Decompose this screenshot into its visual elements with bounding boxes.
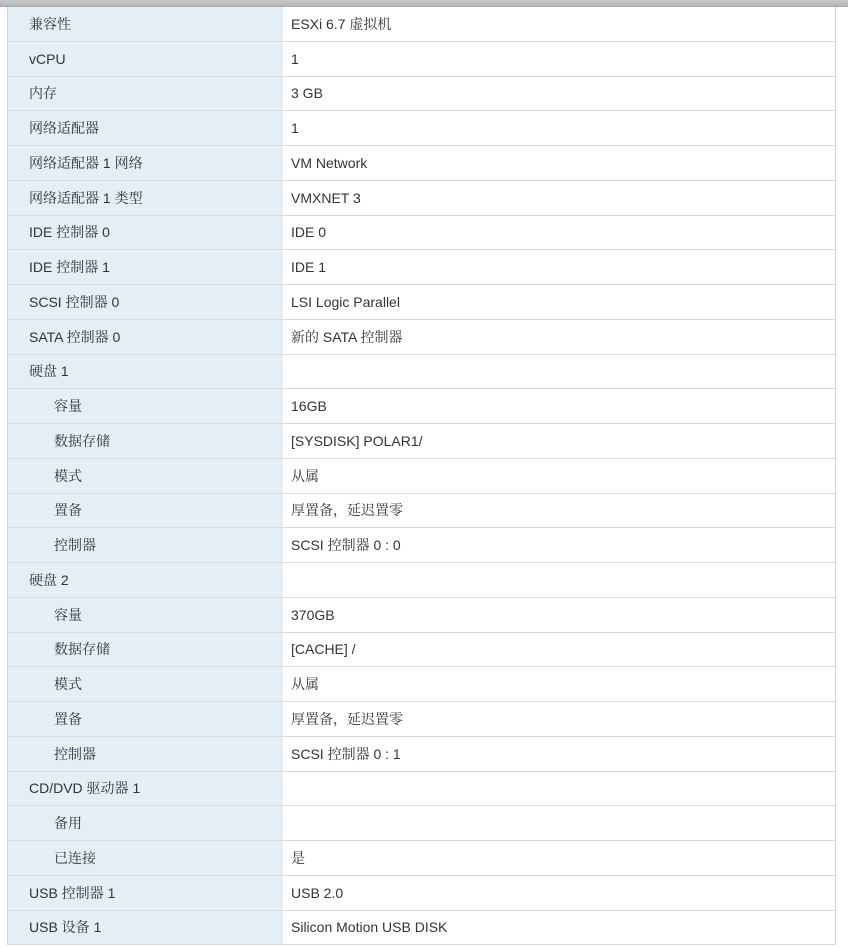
row-label: 硬盘 1	[8, 354, 283, 389]
summary-row: SCSI 控制器 0LSI Logic Parallel	[8, 285, 836, 320]
summary-row: 控制器SCSI 控制器 0 : 0	[8, 528, 836, 563]
row-value: IDE 0	[283, 215, 836, 250]
row-value: ESXi 6.7 虚拟机	[283, 7, 836, 41]
row-label: 网络适配器 1 网络	[8, 146, 283, 181]
row-label: 数据存储	[8, 632, 283, 667]
row-value: 厚置备，延迟置零	[283, 493, 836, 528]
row-label: 控制器	[8, 736, 283, 771]
row-label: 置备	[8, 702, 283, 737]
row-label: 已连接	[8, 841, 283, 876]
row-label: CD/DVD 驱动器 1	[8, 771, 283, 806]
summary-row: 硬盘 2	[8, 563, 836, 598]
row-value	[283, 771, 836, 806]
row-label: IDE 控制器 0	[8, 215, 283, 250]
summary-row: SATA 控制器 0新的 SATA 控制器	[8, 319, 836, 354]
row-value: [SYSDISK] POLAR1/	[283, 424, 836, 459]
row-value: Silicon Motion USB DISK	[283, 910, 836, 945]
row-label: SATA 控制器 0	[8, 319, 283, 354]
row-label: 备用	[8, 806, 283, 841]
row-label: USB 设备 1	[8, 910, 283, 945]
row-value: 1	[283, 41, 836, 76]
row-value: 从属	[283, 667, 836, 702]
summary-row: 数据存储[SYSDISK] POLAR1/	[8, 424, 836, 459]
summary-row: 模式从属	[8, 458, 836, 493]
row-value: [CACHE] /	[283, 632, 836, 667]
row-value: 3 GB	[283, 76, 836, 111]
summary-row: IDE 控制器 1IDE 1	[8, 250, 836, 285]
row-value: SCSI 控制器 0 : 0	[283, 528, 836, 563]
summary-row: CD/DVD 驱动器 1	[8, 771, 836, 806]
row-label: 控制器	[8, 528, 283, 563]
row-label: USB 控制器 1	[8, 875, 283, 910]
row-label: 模式	[8, 458, 283, 493]
row-label: SCSI 控制器 0	[8, 285, 283, 320]
summary-row: 容量16GB	[8, 389, 836, 424]
window-top-edge	[0, 0, 848, 7]
row-value: 厚置备，延迟置零	[283, 702, 836, 737]
summary-row: 已连接是	[8, 841, 836, 876]
summary-row: 控制器SCSI 控制器 0 : 1	[8, 736, 836, 771]
summary-row: 硬盘 1	[8, 354, 836, 389]
row-value: 370GB	[283, 597, 836, 632]
summary-row: 网络适配器 1 网络VM Network	[8, 146, 836, 181]
row-label: 硬盘 2	[8, 563, 283, 598]
row-label: 置备	[8, 493, 283, 528]
summary-row: 网络适配器 1 类型VMXNET 3	[8, 180, 836, 215]
row-value: 新的 SATA 控制器	[283, 319, 836, 354]
row-value	[283, 806, 836, 841]
summary-row: 数据存储[CACHE] /	[8, 632, 836, 667]
summary-row: 兼容性ESXi 6.7 虚拟机	[8, 7, 836, 41]
summary-row: IDE 控制器 0IDE 0	[8, 215, 836, 250]
summary-row: 备用	[8, 806, 836, 841]
row-value	[283, 354, 836, 389]
summary-row: 容量370GB	[8, 597, 836, 632]
row-value: 从属	[283, 458, 836, 493]
row-value: 是	[283, 841, 836, 876]
summary-row: 模式从属	[8, 667, 836, 702]
summary-row: vCPU1	[8, 41, 836, 76]
row-value: IDE 1	[283, 250, 836, 285]
summary-row: 内存3 GB	[8, 76, 836, 111]
row-label: 容量	[8, 597, 283, 632]
summary-row: USB 设备 1Silicon Motion USB DISK	[8, 910, 836, 945]
row-label: 兼容性	[8, 7, 283, 41]
row-value: 16GB	[283, 389, 836, 424]
row-value: 1	[283, 111, 836, 146]
summary-row: 网络适配器1	[8, 111, 836, 146]
row-label: 网络适配器	[8, 111, 283, 146]
row-value: VM Network	[283, 146, 836, 181]
row-value: USB 2.0	[283, 875, 836, 910]
summary-row: 置备厚置备，延迟置零	[8, 493, 836, 528]
row-value: LSI Logic Parallel	[283, 285, 836, 320]
row-label: IDE 控制器 1	[8, 250, 283, 285]
vm-summary-table: 兼容性ESXi 6.7 虚拟机vCPU1内存3 GB网络适配器1网络适配器 1 …	[7, 7, 836, 945]
row-value	[283, 563, 836, 598]
summary-row: 置备厚置备，延迟置零	[8, 702, 836, 737]
row-label: 容量	[8, 389, 283, 424]
row-label: 数据存储	[8, 424, 283, 459]
row-label: 内存	[8, 76, 283, 111]
row-label: vCPU	[8, 41, 283, 76]
row-label: 网络适配器 1 类型	[8, 180, 283, 215]
summary-row: USB 控制器 1USB 2.0	[8, 875, 836, 910]
row-label: 模式	[8, 667, 283, 702]
row-value: VMXNET 3	[283, 180, 836, 215]
row-value: SCSI 控制器 0 : 1	[283, 736, 836, 771]
